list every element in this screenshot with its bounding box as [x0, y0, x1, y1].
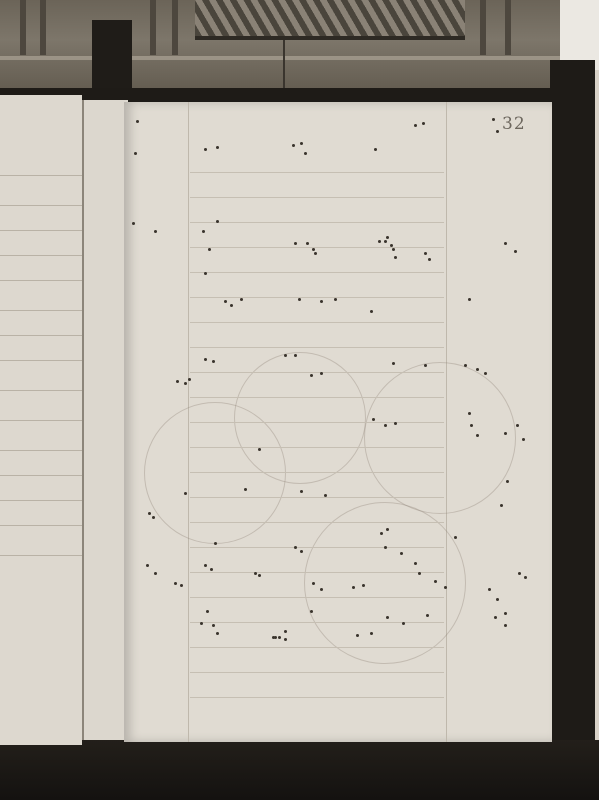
- ruled-line: [190, 172, 444, 173]
- carved-wood-frame: [0, 0, 560, 100]
- ruled-line: [0, 555, 82, 556]
- star-dot: [314, 252, 317, 255]
- star-dot: [414, 124, 417, 127]
- star-dot: [244, 488, 247, 491]
- ruled-line: [190, 547, 444, 548]
- star-dot: [518, 572, 521, 575]
- star-dot: [384, 424, 387, 427]
- star-dot: [300, 142, 303, 145]
- star-dot: [134, 152, 137, 155]
- ruled-line: [0, 280, 82, 281]
- star-dot: [426, 614, 429, 617]
- star-dot: [136, 120, 139, 123]
- star-dot: [184, 492, 187, 495]
- ruled-line: [190, 272, 444, 273]
- carving-flute: [505, 0, 511, 55]
- ruled-line: [190, 397, 444, 398]
- star-dot: [320, 588, 323, 591]
- star-dot: [356, 634, 359, 637]
- star-dot: [504, 242, 507, 245]
- star-dot: [310, 374, 313, 377]
- ruled-line: [190, 422, 444, 423]
- carving-flute: [150, 0, 156, 55]
- star-dot: [496, 598, 499, 601]
- star-dot: [320, 372, 323, 375]
- star-dot: [504, 432, 507, 435]
- star-dot: [386, 616, 389, 619]
- star-dot: [434, 580, 437, 583]
- carving-flute: [480, 0, 486, 55]
- star-dot: [522, 438, 525, 441]
- star-dot: [424, 364, 427, 367]
- star-dot: [224, 300, 227, 303]
- star-dot: [424, 252, 427, 255]
- ruled-line: [0, 175, 82, 176]
- star-dot: [422, 122, 425, 125]
- star-dot: [152, 516, 155, 519]
- star-dot: [428, 258, 431, 261]
- ruled-line: [0, 205, 82, 206]
- star-dot: [324, 494, 327, 497]
- star-dot: [294, 546, 297, 549]
- ruled-line: [0, 255, 82, 256]
- ruled-line: [0, 335, 82, 336]
- ruled-line: [190, 297, 444, 298]
- notebook-photo: 32: [0, 0, 599, 800]
- star-dot: [294, 242, 297, 245]
- star-dot: [488, 588, 491, 591]
- ruled-line: [0, 450, 82, 451]
- star-dot: [464, 364, 467, 367]
- ruled-line: [190, 347, 444, 348]
- star-dot: [132, 222, 135, 225]
- star-dot: [400, 552, 403, 555]
- star-dot: [214, 542, 217, 545]
- wood-crack: [283, 40, 285, 95]
- carved-leaf-panel: [195, 0, 465, 40]
- book-cover-right-edge: [550, 60, 595, 800]
- star-dot: [202, 230, 205, 233]
- star-dot: [374, 148, 377, 151]
- star-dot: [216, 146, 219, 149]
- star-dot: [470, 424, 473, 427]
- ruled-line: [190, 322, 444, 323]
- star-dot: [174, 582, 177, 585]
- left-page: [0, 95, 82, 745]
- star-dot: [384, 240, 387, 243]
- ruled-line: [190, 372, 444, 373]
- star-dot: [310, 610, 313, 613]
- star-dot: [216, 220, 219, 223]
- star-dot: [384, 546, 387, 549]
- faint-circle-arc: [364, 362, 516, 514]
- star-dot: [284, 630, 287, 633]
- star-dot: [298, 298, 301, 301]
- star-dot: [484, 372, 487, 375]
- star-dot: [204, 272, 207, 275]
- star-dot: [372, 418, 375, 421]
- ruled-line: [0, 525, 82, 526]
- star-dot: [414, 562, 417, 565]
- star-dot: [380, 532, 383, 535]
- star-dot: [524, 576, 527, 579]
- star-dot: [334, 298, 337, 301]
- ruled-line: [190, 197, 444, 198]
- star-dot: [352, 586, 355, 589]
- star-dot: [208, 248, 211, 251]
- star-dot: [390, 244, 393, 247]
- ruled-line: [190, 697, 444, 698]
- star-dot: [514, 250, 517, 253]
- ruled-line: [190, 222, 444, 223]
- star-dot: [180, 584, 183, 587]
- star-dot: [500, 504, 503, 507]
- star-dot: [494, 616, 497, 619]
- ruled-line: [0, 390, 82, 391]
- star-dot: [312, 582, 315, 585]
- star-dot: [254, 572, 257, 575]
- ruled-line: [190, 497, 444, 498]
- star-dot: [176, 380, 179, 383]
- carving-flute: [20, 0, 26, 55]
- star-dot: [184, 382, 187, 385]
- star-dot: [418, 572, 421, 575]
- ruled-line: [190, 447, 444, 448]
- star-dot: [312, 248, 315, 251]
- star-dot: [394, 256, 397, 259]
- star-dot: [240, 298, 243, 301]
- star-dot: [274, 636, 277, 639]
- carving-flute: [172, 0, 178, 55]
- star-dot: [386, 528, 389, 531]
- ruled-line: [0, 420, 82, 421]
- ruled-line: [190, 597, 444, 598]
- ruled-line: [190, 247, 444, 248]
- star-dot: [278, 636, 281, 639]
- star-dot: [292, 144, 295, 147]
- ruled-line: [0, 475, 82, 476]
- star-dot: [320, 300, 323, 303]
- star-dot: [200, 622, 203, 625]
- page-number: 32: [502, 114, 526, 134]
- star-dot: [492, 118, 495, 121]
- star-dot: [204, 148, 207, 151]
- star-dot: [154, 572, 157, 575]
- star-dot: [204, 358, 207, 361]
- star-dot: [362, 584, 365, 587]
- carving-flute: [40, 0, 46, 55]
- star-dot: [204, 564, 207, 567]
- star-dot: [370, 632, 373, 635]
- ruled-line: [190, 522, 444, 523]
- star-dot: [504, 612, 507, 615]
- star-dot: [468, 412, 471, 415]
- star-dot: [378, 240, 381, 243]
- star-dot: [496, 130, 499, 133]
- star-dot: [258, 574, 261, 577]
- star-dot: [394, 422, 397, 425]
- ruled-line: [0, 230, 82, 231]
- ruled-line: [190, 572, 444, 573]
- right-page: 32: [124, 102, 552, 742]
- star-dot: [284, 638, 287, 641]
- star-dot: [392, 248, 395, 251]
- star-dot: [444, 586, 447, 589]
- star-dot: [468, 298, 471, 301]
- ruled-line: [0, 310, 82, 311]
- star-dot: [300, 550, 303, 553]
- star-dot: [370, 310, 373, 313]
- star-dot: [230, 304, 233, 307]
- ruled-line: [190, 472, 444, 473]
- star-dot: [392, 362, 395, 365]
- star-dot: [506, 480, 509, 483]
- ruled-line: [0, 500, 82, 501]
- star-dot: [300, 490, 303, 493]
- star-dot: [516, 424, 519, 427]
- star-dot: [294, 354, 297, 357]
- star-dot: [304, 152, 307, 155]
- ruled-line: [0, 360, 82, 361]
- carving-ledge: [0, 56, 560, 60]
- star-dot: [476, 434, 479, 437]
- star-dot: [216, 632, 219, 635]
- ruled-line: [190, 672, 444, 673]
- star-dot: [306, 242, 309, 245]
- star-dot: [454, 536, 457, 539]
- book-cover-bottom-edge: [0, 740, 599, 800]
- star-dot: [154, 230, 157, 233]
- star-dot: [258, 448, 261, 451]
- star-dot: [402, 622, 405, 625]
- flyleaf: [82, 100, 128, 740]
- star-dot: [188, 378, 191, 381]
- ruled-line: [190, 622, 444, 623]
- star-dot: [212, 360, 215, 363]
- star-dot: [504, 624, 507, 627]
- ruled-line: [190, 647, 444, 648]
- star-dot: [206, 610, 209, 613]
- star-dot: [212, 624, 215, 627]
- star-dot: [210, 568, 213, 571]
- star-dot: [386, 236, 389, 239]
- star-dot: [146, 564, 149, 567]
- star-dot: [476, 368, 479, 371]
- star-dot: [284, 354, 287, 357]
- star-dot: [148, 512, 151, 515]
- faint-circle-arc: [304, 502, 466, 664]
